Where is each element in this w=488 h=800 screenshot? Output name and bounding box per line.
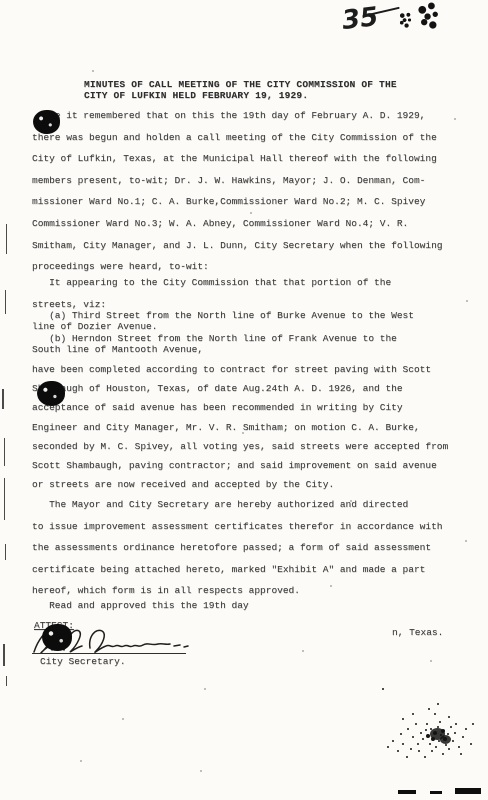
ink-smudge — [396, 10, 414, 29]
handwritten-page-number: 35 — [340, 2, 380, 36]
paragraph-certificates: The Mayor and City Secretary are hereby … — [32, 494, 442, 602]
ink-blot — [42, 624, 72, 651]
street-items-list: (a) Third Street from the North line of … — [32, 310, 414, 356]
margin-mark — [4, 438, 5, 466]
scanned-document-page: 35 MINUTES OF CALL MEETING OF THE CITY C… — [0, 0, 488, 800]
place-fragment: n, Texas. — [392, 627, 443, 638]
margin-mark — [6, 224, 7, 254]
scan-artifact-bar — [430, 791, 442, 794]
document-title: MINUTES OF CALL MEETING OF THE CITY COMM… — [84, 79, 397, 101]
closing-line: Read and approved this the 19th day — [32, 600, 249, 611]
scan-artifact-bar — [455, 788, 481, 794]
ink-splatter — [382, 688, 384, 690]
ink-splatter-core — [440, 735, 451, 744]
margin-mark — [6, 676, 7, 686]
scan-speck — [465, 540, 467, 542]
margin-mark — [2, 389, 4, 409]
margin-mark — [3, 644, 5, 666]
paragraph-preamble: Be it remembered that on this the 19th d… — [32, 105, 442, 278]
scan-speck — [92, 70, 94, 72]
scan-speck — [466, 300, 468, 302]
ink-smudge — [417, 2, 441, 30]
scan-speck — [242, 432, 244, 434]
ink-blot — [33, 110, 60, 134]
scan-speck — [122, 718, 124, 720]
signer-title: City Secretary. — [40, 656, 126, 667]
scan-speck — [454, 118, 456, 120]
margin-mark — [4, 478, 5, 520]
ink-blot — [37, 381, 65, 406]
scan-speck — [200, 770, 202, 772]
scan-speck — [430, 660, 432, 662]
margin-mark — [5, 290, 6, 314]
scan-speck — [330, 585, 332, 587]
paragraph-acceptance: have been completed according to contrac… — [32, 360, 448, 494]
scan-speck — [350, 500, 352, 502]
scan-speck — [204, 688, 206, 690]
paragraph-appearing: It appearing to the City Commission that… — [32, 272, 391, 315]
scan-artifact-bar — [398, 790, 416, 794]
margin-mark — [5, 544, 6, 560]
scan-speck — [302, 650, 304, 652]
scan-speck — [80, 760, 82, 762]
scan-speck — [250, 212, 252, 214]
signature-line — [32, 653, 186, 654]
